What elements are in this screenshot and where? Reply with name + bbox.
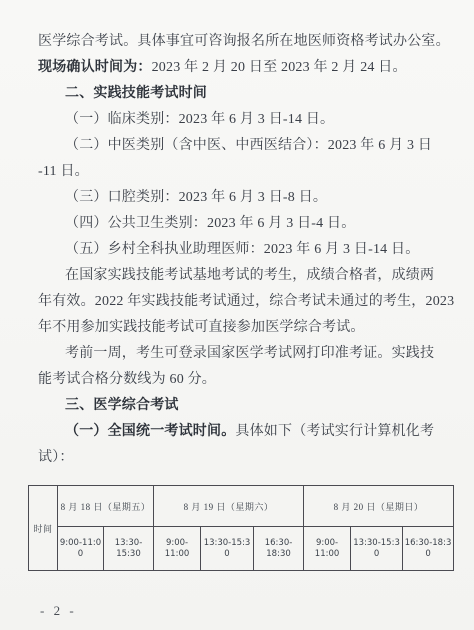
text-line-8: （四）公共卫生类别：2023 年 6 月 3 日-4 日。 — [38, 211, 441, 237]
text-line-segment: （五）乡村全科执业助理医师：2023 年 6 月 3 日-14 日。 — [65, 242, 419, 257]
text-line-bold-segment: 三、医学综合考试 — [65, 398, 179, 413]
text-line-segment: 年不用参加实践技能考试可直接参加医学综合考试。 — [38, 320, 365, 335]
text-line-bold-segment: 现场确认时间为： — [38, 60, 152, 75]
text-line-segment: 具体如下（考试实行计算机化考 — [235, 424, 434, 439]
text-line-segment: （一）临床类别：2023 年 6 月 3 日-14 日。 — [65, 112, 334, 127]
exam-schedule-table: 时间 8 月 18 日（星期五） 8 月 19 日（星期六） 8 月 20 日（… — [28, 485, 454, 571]
time-slot-cell: 13:30-15:30 — [104, 527, 154, 571]
text-line-9: （五）乡村全科执业助理医师：2023 年 6 月 3 日-14 日。 — [38, 237, 441, 263]
text-line-1: 医学综合考试。具体事宜可咨询报名所在地医师资格考试办公室。 — [38, 29, 441, 55]
text-line-17: 试）： — [38, 445, 441, 471]
text-line-segment: 试）： — [38, 450, 74, 465]
text-line-13: 考前一周，考生可登录国家医学考试网打印准考证。实践技 — [38, 341, 441, 367]
text-line-segment: （二）中医类别（含中医、中西医结合）：2023 年 6 月 3 日 — [65, 138, 432, 153]
text-line-15: 三、医学综合考试 — [38, 393, 441, 419]
text-line-12: 年不用参加实践技能考试可直接参加医学综合考试。 — [38, 315, 441, 341]
text-line-7: （三）口腔类别：2023 年 6 月 3 日-8 日。 — [38, 185, 441, 211]
text-line-segment: 在国家实践技能考试基地考试的考生，成绩合格者，成绩两 — [65, 268, 434, 283]
text-line-segment: 医学综合考试。具体事宜可咨询报名所在地医师资格考试办公室。 — [38, 34, 450, 49]
document-page: 医学综合考试。具体事宜可咨询报名所在地医师资格考试办公室。现场确认时间为：202… — [0, 0, 474, 630]
text-line-14: 能考试合格分数线为 60 分。 — [38, 367, 441, 393]
text-line-5: （二）中医类别（含中医、中西医结合）：2023 年 6 月 3 日 — [38, 133, 441, 159]
time-slot-cell: 9:00-11:00 — [154, 527, 201, 571]
text-line-bold-segment: 二、实践技能考试时间 — [65, 86, 207, 101]
text-line-segment: 年有效。2022 年实践技能考试通过，综合考试未通过的考生，2023 — [38, 294, 454, 309]
time-slot-cell: 16:30-18:30 — [254, 527, 304, 571]
page-number: - 2 - — [40, 603, 77, 619]
table-day-header-aug20: 8 月 20 日（星期日） — [304, 486, 454, 527]
text-line-4: （一）临床类别：2023 年 6 月 3 日-14 日。 — [38, 107, 441, 133]
text-line-11: 年有效。2022 年实践技能考试通过，综合考试未通过的考生，2023 — [38, 289, 441, 315]
text-line-3: 二、实践技能考试时间 — [38, 81, 441, 107]
table-corner-time-label: 时间 — [29, 486, 58, 571]
time-slot-cell: 13:30-15:3 0 — [351, 527, 403, 571]
text-line-segment: 考前一周，考生可登录国家医学考试网打印准考证。实践技 — [65, 346, 434, 361]
time-slot-cell: 13:30-15:3 0 — [201, 527, 254, 571]
text-line-segment: 2023 年 2 月 20 日至 2023 年 2 月 24 日。 — [152, 60, 407, 75]
text-line-bold-segment: （一）全国统一考试时间。 — [65, 424, 235, 439]
table-day-header-aug18: 8 月 18 日（星期五） — [58, 486, 154, 527]
time-slot-cell: 9:00-11:0 0 — [58, 527, 104, 571]
text-line-10: 在国家实践技能考试基地考试的考生，成绩合格者，成绩两 — [38, 263, 441, 289]
text-line-segment: 能考试合格分数线为 60 分。 — [38, 372, 216, 387]
text-line-6: -11 日。 — [38, 159, 441, 185]
table-day-header-aug19: 8 月 19 日（星期六） — [154, 486, 304, 527]
body-text: 医学综合考试。具体事宜可咨询报名所在地医师资格考试办公室。现场确认时间为：202… — [38, 29, 441, 471]
text-line-segment: （四）公共卫生类别：2023 年 6 月 3 日-4 日。 — [65, 216, 355, 231]
text-line-16: （一）全国统一考试时间。具体如下（考试实行计算机化考 — [38, 419, 441, 445]
text-line-segment: （三）口腔类别：2023 年 6 月 3 日-8 日。 — [65, 190, 327, 205]
time-slot-cell: 16:30-18:3 0 — [403, 527, 454, 571]
text-line-segment: -11 日。 — [38, 164, 89, 179]
time-slot-cell: 9:00-11:00 — [304, 527, 351, 571]
text-line-2: 现场确认时间为：2023 年 2 月 20 日至 2023 年 2 月 24 日… — [38, 55, 441, 81]
